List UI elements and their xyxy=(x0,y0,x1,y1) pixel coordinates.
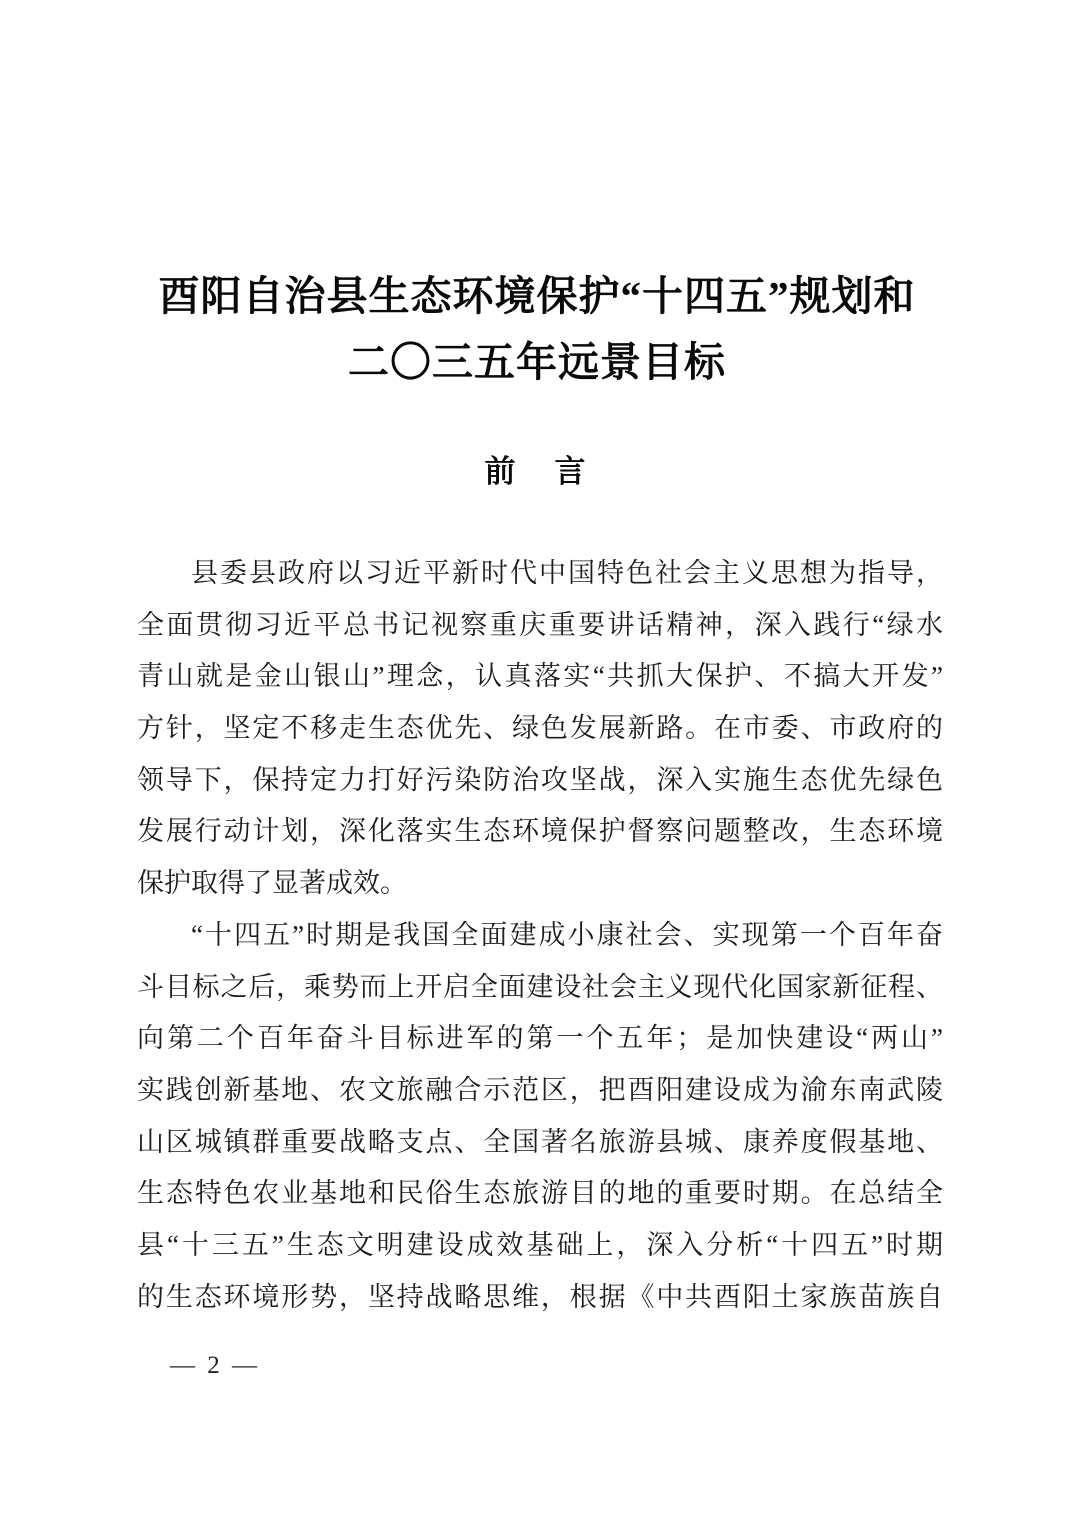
body-text-line: 生态特色农业基地和民俗生态旅游目的地的重要时期。在总结全 xyxy=(137,1168,943,1220)
body-text-line: 发展行动计划，深化落实生态环境保护督察问题整改，生态环境 xyxy=(137,806,943,858)
document-body: 县委县政府以习近平新时代中国特色社会主义思想为指导，全面贯彻习近平总书记视察重庆… xyxy=(137,548,943,1323)
body-text-line: “十四五”时期是我国全面建成小康社会、实现第一个百年奋 xyxy=(137,910,943,962)
body-text-line: 保护取得了显著成效。 xyxy=(137,858,943,910)
section-heading-preface: 前 言 xyxy=(0,446,1074,491)
document-title: 酉阳自治县生态环境保护“十四五”规划和 二〇三五年远景目标 xyxy=(0,263,1074,395)
body-text-line: 方针，坚定不移走生态优先、绿色发展新路。在市委、市政府的 xyxy=(137,703,943,755)
document-title-line-1: 酉阳自治县生态环境保护“十四五”规划和 xyxy=(0,263,1074,329)
document-title-line-2: 二〇三五年远景目标 xyxy=(0,329,1074,395)
body-text-line: 全面贯彻习近平总书记视察重庆重要讲话精神，深入践行“绿水 xyxy=(137,600,943,652)
body-text-line: 的生态环境形势，坚持战略思维，根据《中共酉阳土家族苗族自 xyxy=(137,1272,943,1324)
paragraph-2: “十四五”时期是我国全面建成小康社会、实现第一个百年奋斗目标之后，乘势而上开启全… xyxy=(137,910,943,1324)
document-page: 酉阳自治县生态环境保护“十四五”规划和 二〇三五年远景目标 前 言 县委县政府以… xyxy=(0,0,1074,1520)
body-text-line: 县“十三五”生态文明建设成效基础上，深入分析“十四五”时期 xyxy=(137,1220,943,1272)
page-number: — 2 — xyxy=(170,1352,260,1380)
paragraph-1: 县委县政府以习近平新时代中国特色社会主义思想为指导，全面贯彻习近平总书记视察重庆… xyxy=(137,548,943,910)
body-text-line: 实践创新基地、农文旅融合示范区，把酉阳建设成为渝东南武陵 xyxy=(137,1065,943,1117)
body-text-line: 县委县政府以习近平新时代中国特色社会主义思想为指导， xyxy=(137,548,943,600)
body-text-line: 青山就是金山银山”理念，认真落实“共抓大保护、不搞大开发” xyxy=(137,651,943,703)
body-text-line: 山区城镇群重要战略支点、全国著名旅游县城、康养度假基地、 xyxy=(137,1117,943,1169)
body-text-line: 斗目标之后，乘势而上开启全面建设社会主义现代化国家新征程、 xyxy=(137,962,943,1014)
body-text-line: 领导下，保持定力打好污染防治攻坚战，深入实施生态优先绿色 xyxy=(137,755,943,807)
body-text-line: 向第二个百年奋斗目标进军的第一个五年；是加快建设“两山” xyxy=(137,1013,943,1065)
